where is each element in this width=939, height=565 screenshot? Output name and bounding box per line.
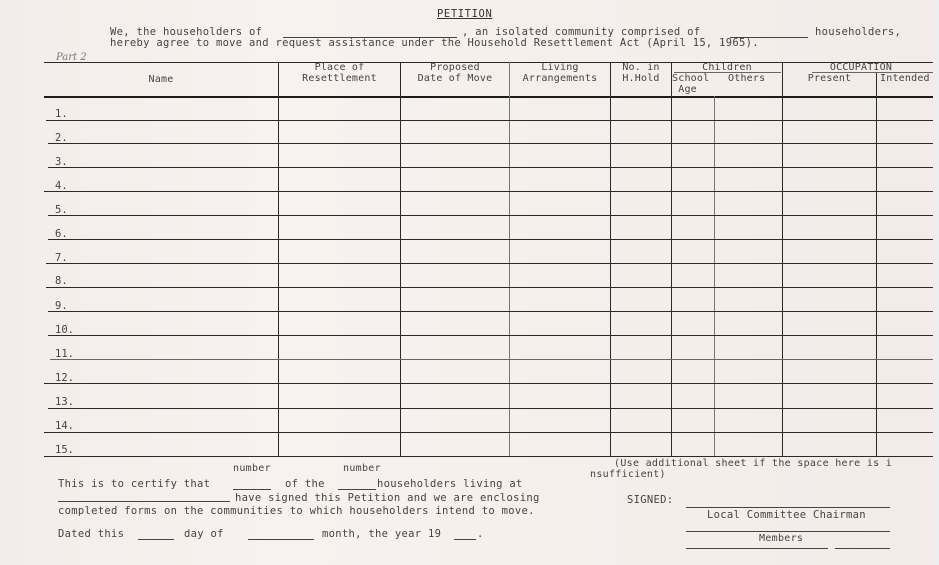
number-label-2: number [343, 463, 381, 475]
col-header-school-age: School Age [672, 73, 714, 95]
row-line [46, 287, 939, 288]
col-header-children: Children [672, 62, 782, 73]
row-number: 12. [55, 372, 74, 384]
col-divider-hhold [671, 62, 672, 457]
row-line [44, 383, 939, 384]
row-number: 15. [55, 444, 74, 456]
col-header-hhold: No. in H.Hold [611, 62, 671, 84]
row-line [48, 167, 939, 168]
certify-text-b: of the [285, 478, 325, 490]
row-number: 5. [55, 204, 68, 216]
month-field[interactable] [248, 539, 314, 540]
page-edge [933, 0, 939, 565]
row-number: 1. [55, 108, 68, 120]
table-bottom-border [44, 456, 939, 457]
row-number: 3. [55, 156, 68, 168]
additional-sheet-note-2: nsufficient) [590, 469, 666, 481]
row-line [48, 335, 939, 336]
col-divider-school-age [714, 96, 715, 457]
col-header-living: Living Arrangements [510, 62, 610, 84]
certify-text-c: householders living at [377, 478, 523, 490]
col-divider-place [400, 62, 401, 457]
row-line [48, 311, 939, 312]
col-header-place: Place of Resettlement [279, 62, 400, 84]
col-header-name: Name [44, 74, 278, 85]
row-number: 9. [55, 300, 68, 312]
document-title: PETITION [437, 8, 492, 20]
members-label: Members [759, 533, 803, 545]
intro-text-2: hereby agree to move and request assista… [110, 37, 759, 49]
total-count-field[interactable] [338, 489, 376, 490]
col-header-present: Present [783, 73, 876, 84]
certify-text-a: This is to certify that [58, 478, 210, 490]
row-number: 8. [55, 275, 68, 287]
col-divider-present [876, 73, 877, 457]
col-header-intended: Intended [880, 73, 939, 84]
row-line [44, 432, 939, 433]
row-number: 14. [55, 420, 74, 432]
row-line [46, 120, 939, 121]
header-bottom-border [44, 96, 939, 98]
row-line [46, 263, 939, 264]
row-number: 4. [55, 180, 68, 192]
row-number: 11. [55, 348, 74, 360]
row-number: 13. [55, 396, 74, 408]
location-field[interactable] [58, 501, 230, 502]
row-number: 7. [55, 252, 68, 264]
signed-label: SIGNED: [627, 494, 673, 506]
dated-text-b: day of [184, 528, 224, 540]
completed-line-text: completed forms on the communities to wh… [58, 505, 535, 517]
dated-text-c: month, the year 19 [322, 528, 441, 540]
member-signature-line-1[interactable] [686, 531, 890, 532]
year-field[interactable] [454, 539, 476, 540]
row-line [48, 408, 939, 409]
row-number: 6. [55, 228, 68, 240]
signed-line-text: have signed this Petition and we are enc… [235, 492, 540, 504]
dated-text-d: . [477, 528, 484, 540]
col-divider-name [278, 62, 279, 457]
chairman-signature-line[interactable] [686, 507, 890, 508]
col-header-date: Proposed Date of Move [401, 62, 509, 84]
row-line [44, 191, 939, 192]
row-number: 10. [55, 324, 74, 336]
chairman-label: Local Committee Chairman [707, 509, 866, 521]
col-header-occupation: OCCUPATION [783, 62, 939, 73]
row-line [50, 359, 939, 360]
signed-count-field[interactable] [233, 489, 271, 490]
row-line [48, 215, 939, 216]
col-divider-living [610, 62, 611, 457]
row-line [48, 143, 939, 144]
day-field[interactable] [138, 539, 174, 540]
member-signature-line-2[interactable] [686, 548, 828, 549]
intro-text-1c: householders, [815, 26, 901, 38]
dated-text-a: Dated this [58, 528, 124, 540]
member-signature-line-3[interactable] [835, 548, 890, 549]
col-header-others: Others [728, 73, 782, 84]
col-divider-children [782, 62, 783, 457]
row-line [48, 239, 939, 240]
number-label-1: number [233, 463, 271, 475]
row-number: 2. [55, 132, 68, 144]
petition-page: PETITION We, the householders of , an is… [0, 0, 939, 565]
col-divider-date [509, 62, 510, 457]
